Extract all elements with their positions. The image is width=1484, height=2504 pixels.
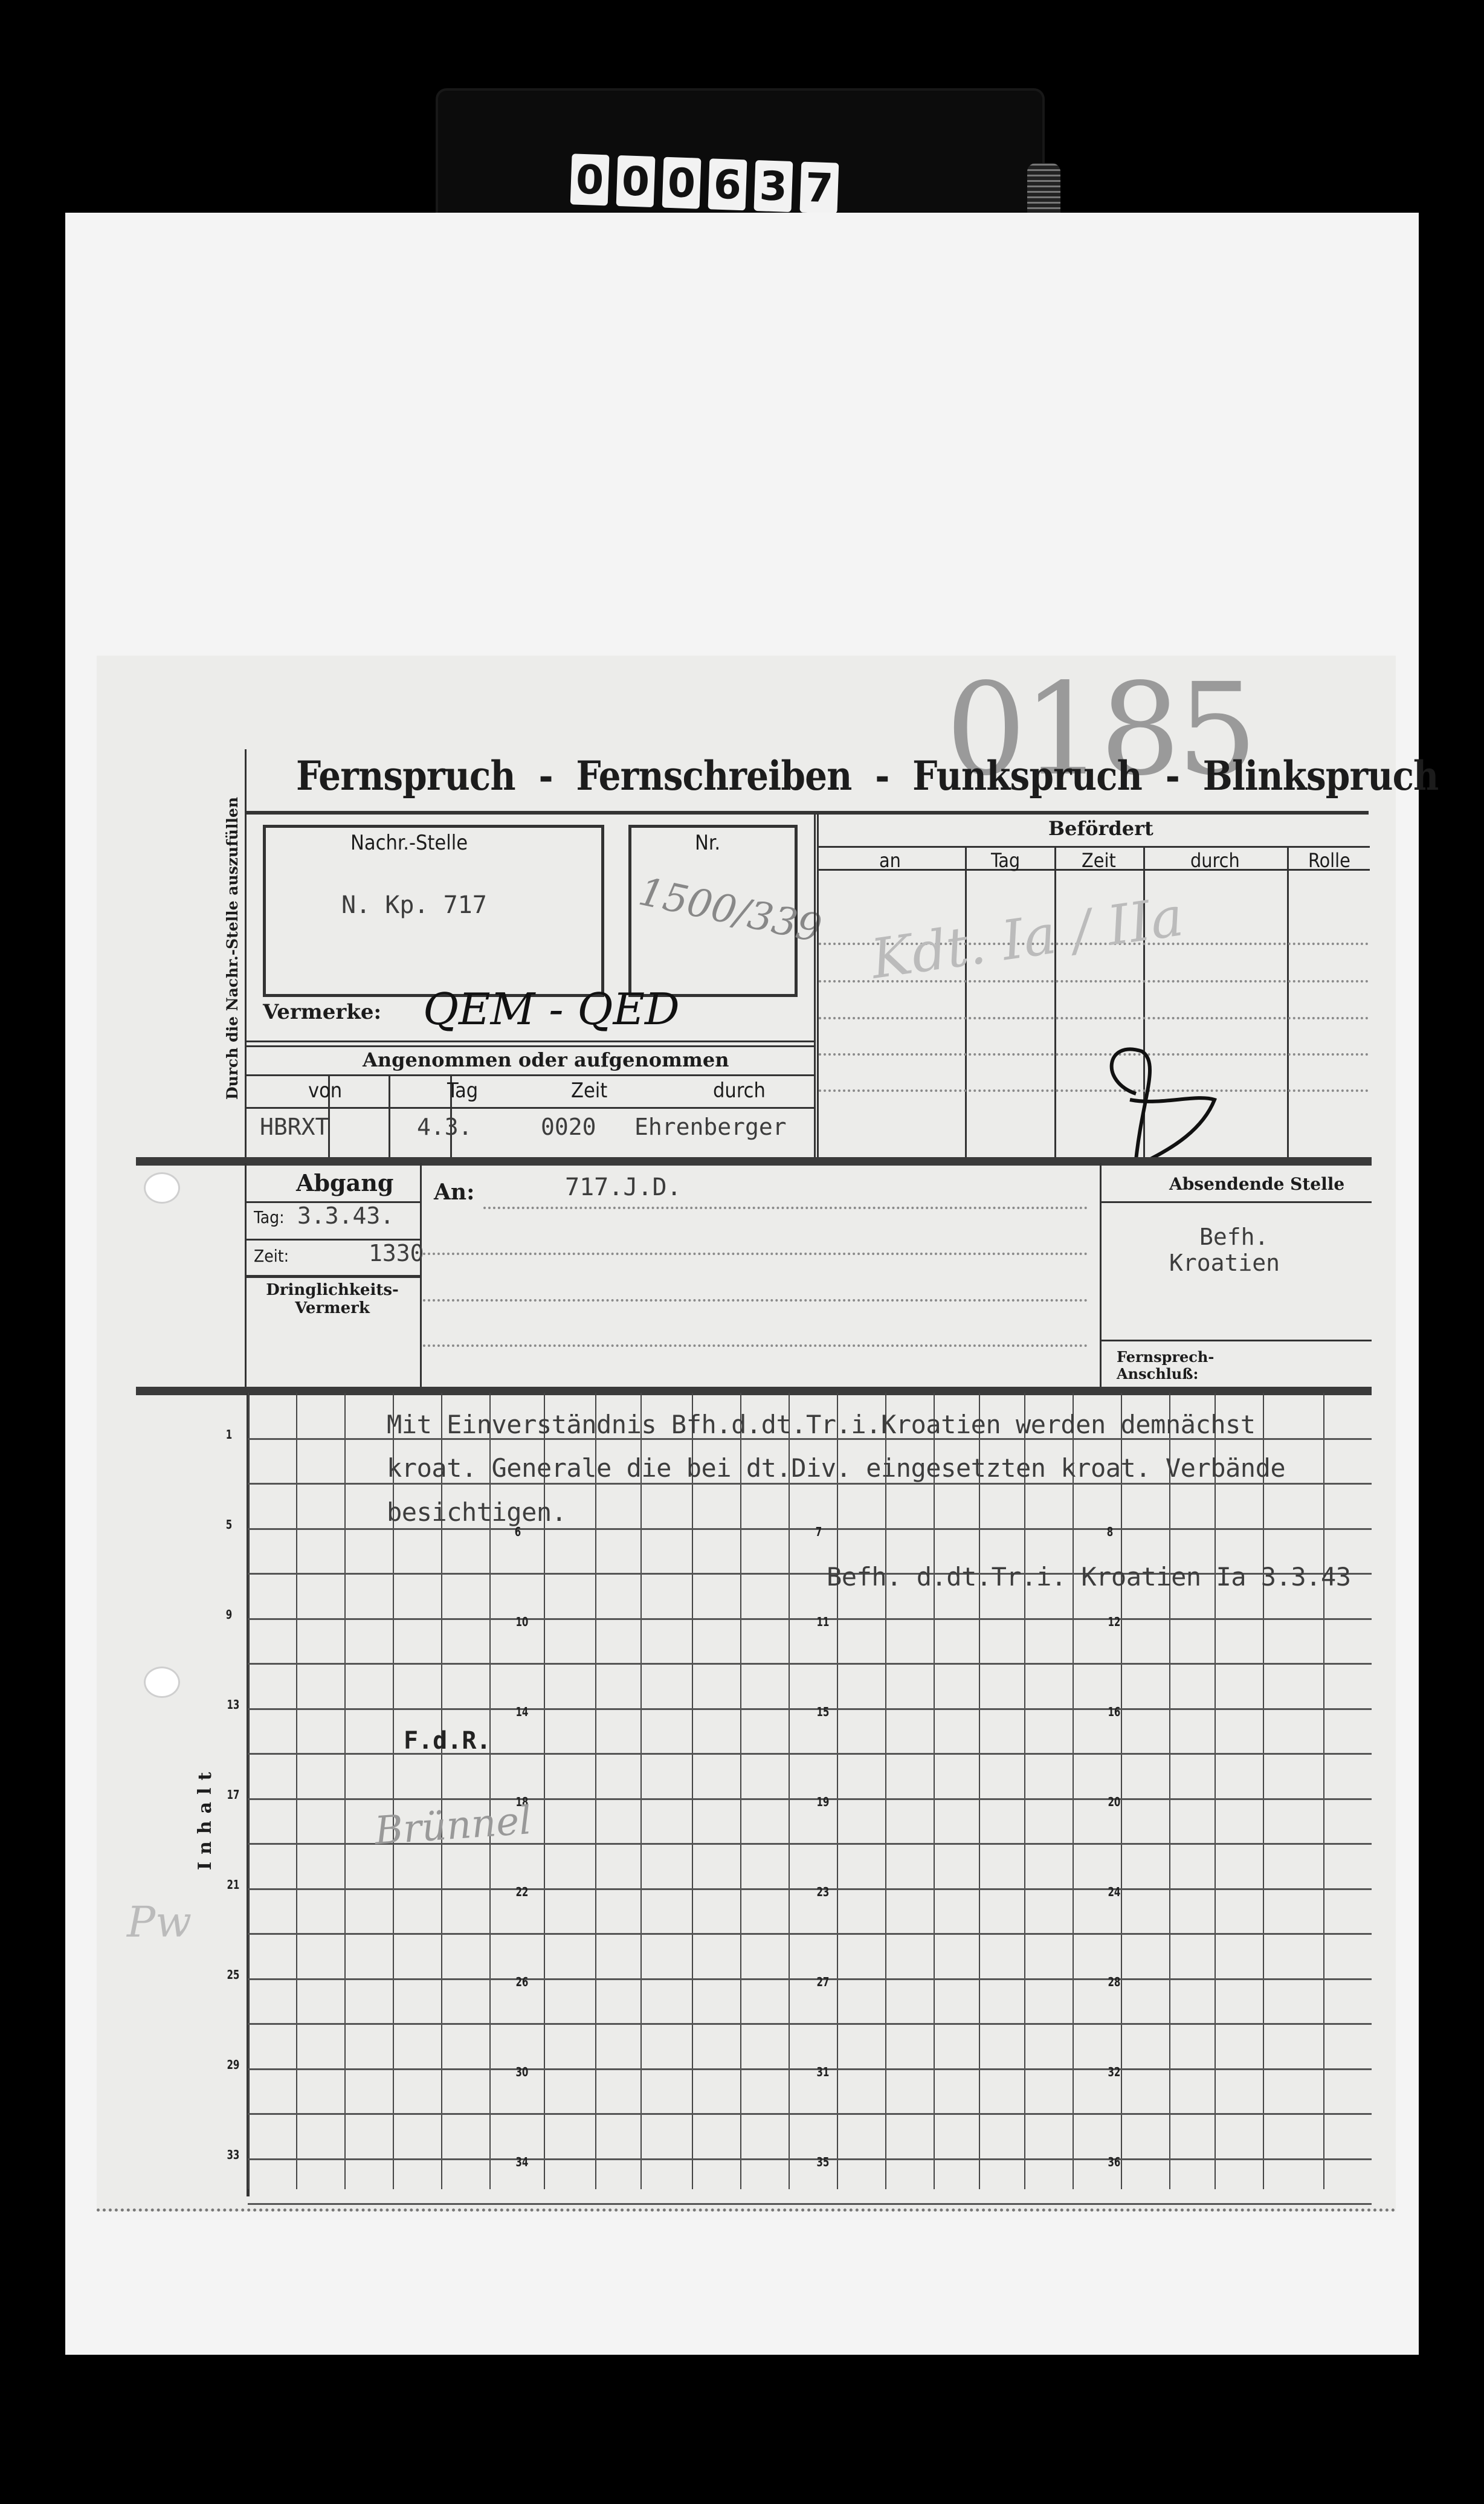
abgang-zeit-label: Zeit: [254,1246,289,1266]
frame-counter: 0 0 0 6 3 7 [570,153,839,213]
angenommen-col-zeit: Zeit [571,1079,607,1103]
row-number: 21 [227,1877,239,1892]
absender-label: Absendende Stelle [1169,1174,1344,1194]
rule [420,1163,422,1390]
row-number: 9 [226,1607,232,1622]
befoerdert-col-zeit: Zeit [1082,849,1116,872]
group-number: 24 [1108,1885,1120,1899]
row-number: 29 [227,2057,239,2072]
side-label-nachr-stelle: Durch die Nachr.-Stelle auszufüllen [224,797,241,1100]
group-number: 26 [515,1975,528,1989]
title-fernspruch: Fernspruch [296,752,515,799]
befoerdert-heading: Befördert [1048,817,1153,840]
rule [245,1045,816,1047]
abgang-zeit-value: 1330 [369,1240,424,1267]
group-number: 14 [515,1705,528,1719]
grid-row-line [248,1618,1372,1620]
message-line-3: besichtigen. [387,1497,566,1527]
absender-value-line2: Kroatien [1169,1250,1280,1276]
abgang-tag-value: 3.3.43. [297,1202,394,1229]
perforation-line [97,2209,1396,2212]
befoerdert-col-durch: durch [1190,849,1240,872]
absender-value-line1: Befh. [1199,1224,1268,1250]
title-funkspruch: Funkspruch [912,752,1142,799]
rule [965,846,967,1160]
group-number: 16 [1108,1705,1120,1719]
fdr-mark: F.d.R. [404,1727,491,1755]
rule [245,1275,420,1278]
angenommen-durch-value: Ehrenberger [634,1114,787,1140]
vermerke-label: Vermerke: [263,1000,381,1024]
grid-row-line [248,1528,1372,1530]
nachr-stelle-value: N. Kp. 717 [341,891,487,919]
group-number: 34 [515,2155,528,2169]
rule [423,1299,1088,1302]
nr-label: Nr. [695,831,720,855]
initials-signature-icon [1088,1045,1245,1166]
an-label: An: [434,1179,474,1205]
margin-handwritten-mark: Pw [127,1897,192,1947]
befoerdert-col-rolle: Rolle [1308,849,1350,872]
group-number: 15 [816,1705,829,1719]
grid-row-line [248,2158,1372,2160]
grid-row-line [248,1708,1372,1710]
fernsprech-anschluss-label: Fernsprech-Anschluß: [1117,1349,1237,1383]
title-fernschreiben: Fernschreiben [576,752,851,799]
punch-hole-icon [144,1667,180,1698]
grid-row-line [248,1933,1372,1935]
befoerdert-col-tag: Tag [991,849,1020,872]
grid-row-line [248,2068,1372,2070]
group-number: 7 [816,1525,822,1539]
row-number: 13 [227,1697,239,1712]
row-number: 1 [226,1427,232,1442]
title-blinkspruch: Blinkspruch [1203,752,1439,799]
angenommen-heading: Angenommen oder aufgenommen [363,1048,729,1071]
group-number: 22 [515,1885,528,1899]
title-rule [245,811,1369,815]
rule [1100,1163,1102,1387]
counter-digit: 0 [570,153,610,205]
group-number: 35 [816,2155,829,2169]
rule [817,813,819,1160]
grid-row-line [248,2023,1372,2025]
befoerdert-col-an: an [879,849,901,872]
rule [1100,1340,1372,1341]
group-number: 10 [515,1615,528,1629]
rule [1287,846,1289,1160]
rule [423,1344,1088,1347]
group-number: 32 [1108,2065,1120,2079]
punch-hole-icon [144,1172,180,1204]
abgang-label: Abgang [296,1169,393,1196]
grid-row-line [248,1888,1372,1890]
grid-row-line [248,1483,1372,1485]
message-line-2: kroat. Generale die bei dt.Div. eingeset… [387,1453,1285,1483]
message-line-1: Mit Einverständnis Bfh.d.dt.Tr.i.Kroatie… [387,1410,1256,1439]
angenommen-von-value: HBRXT [260,1114,329,1140]
group-number: 20 [1108,1795,1120,1809]
sender-signature-line: Befh. d.dt.Tr.i. Kroatien Ia 3.3.43 [827,1562,1351,1592]
nachr-stelle-label: Nachr.-Stelle [350,831,468,855]
grid-row-line [248,1978,1372,1980]
section-divider [136,1157,1372,1166]
rule [483,1207,1088,1209]
group-number: 27 [816,1975,829,1989]
form-title: Fernspruch - Fernschreiben - Funkspruch … [296,752,1438,799]
rule [1054,846,1056,1160]
row-number: 33 [227,2147,239,2162]
angenommen-zeit-value: 0020 [541,1114,596,1140]
counter-digit: 0 [616,155,656,207]
group-number: 36 [1108,2155,1120,2169]
grid-row-line [248,1663,1372,1665]
angenommen-col-von: von [308,1079,342,1103]
abgang-tag-label: Tag: [254,1207,285,1227]
counter-digit: 6 [708,158,747,210]
counter-digit: 3 [753,160,793,212]
an-value: 717.J.D. [565,1173,682,1201]
row-number: 17 [227,1787,239,1802]
grid-row-line [248,2113,1372,2115]
counter-digit: 0 [662,157,702,209]
group-number: 23 [816,1885,829,1899]
rule [245,1107,816,1109]
rule [819,1017,1369,1019]
grid-row-line [248,2203,1372,2205]
rule [423,1253,1088,1255]
rule [245,1074,816,1076]
group-number: 19 [816,1795,829,1809]
angenommen-col-durch: durch [713,1079,766,1103]
group-number: 12 [1108,1615,1120,1629]
rule [245,1041,816,1042]
group-number: 8 [1107,1525,1113,1539]
angenommen-tag-value: 4.3. [417,1114,473,1140]
inhalt-side-label: Inhalt [195,1765,216,1870]
rule [1100,1201,1372,1203]
group-number: 31 [816,2065,829,2079]
grid-row-line [248,1798,1372,1800]
angenommen-col-tag: Tag [447,1079,478,1103]
vermerke-value: QEM - QED [423,984,680,1034]
counter-digit: 7 [799,162,839,214]
group-number: 28 [1108,1975,1120,1989]
row-number: 5 [226,1517,232,1532]
group-number: 30 [515,2065,528,2079]
dringlichkeit-label: Dringlichkeits-Vermerk [257,1281,408,1317]
section-divider [136,1387,1372,1395]
group-number: 11 [816,1615,829,1629]
row-number: 25 [227,1967,239,1982]
rule [814,813,816,1160]
rule [389,1074,390,1160]
